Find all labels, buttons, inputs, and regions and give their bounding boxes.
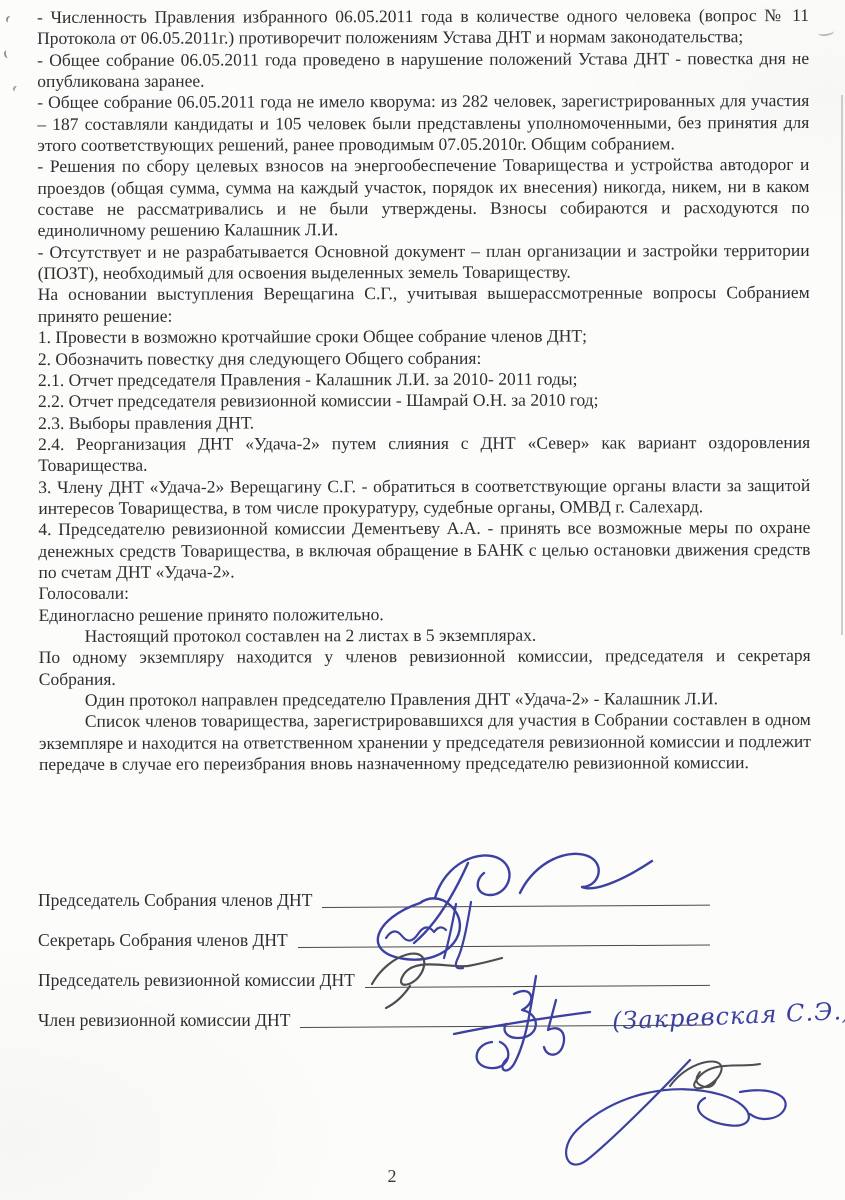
document-paragraph: По одному экземпляру находится у членов … — [39, 645, 811, 690]
extra-signature-ink — [540, 1048, 802, 1176]
document-list-item: 2.3. Выборы правления ДНТ. — [38, 411, 810, 434]
page-number: 2 — [372, 1166, 412, 1187]
signature-row-secretary: Секретарь Собрания членов ДНТ — [38, 930, 710, 951]
document-list-item: 2. Обозначить повестку дня следующего Об… — [38, 346, 810, 369]
scan-artifact — [5, 15, 14, 24]
scan-edge-shadow — [841, 95, 843, 635]
document-paragraph: Список членов товарищества, зарегистриро… — [39, 709, 811, 775]
document-list-item: 2.2. Отчет председателя ревизионной коми… — [38, 389, 810, 412]
document-list-item: 2.4. Реорганизация ДНТ «Удача-2» путем с… — [38, 432, 810, 477]
document-paragraph: - Общее собрание 06.05.2011 года не имел… — [37, 90, 809, 156]
document-list-item: 1. Провести в возможно кротчайшие сроки … — [38, 325, 810, 348]
signature-row-revision-member: Член ревизионной комиссии ДНТ — [38, 1010, 710, 1031]
signature-line — [322, 905, 710, 908]
handwritten-name: (Закревская С.Э.) — [612, 997, 845, 1035]
scanned-document-page: - Численность Правления избранного 06.05… — [0, 0, 845, 1200]
scan-artifact — [12, 85, 20, 93]
document-paragraph: - Общее собрание 06.05.2011 года проведе… — [37, 48, 809, 93]
signature-label: Председатель ревизионной комиссии ДНТ — [38, 970, 365, 991]
document-paragraph: Настоящий протокол составлен на 2 листах… — [39, 624, 811, 647]
document-paragraph: Единогласно решение принято положительно… — [39, 603, 811, 626]
signature-line — [298, 944, 710, 948]
signature-label: Член ревизионной комиссии ДНТ — [38, 1010, 300, 1031]
signature-label: Секретарь Собрания членов ДНТ — [38, 930, 298, 951]
document-paragraph: - Отсутствует и не разрабатывается Основ… — [38, 240, 810, 285]
document-list-item: 3. Члену ДНТ «Удача-2» Верещагину С.Г. -… — [38, 475, 810, 520]
document-paragraph: Голосовали: — [39, 581, 811, 604]
signature-label: Председатель Собрания членов ДНТ — [38, 890, 322, 911]
document-list-item: 4. Председателю ревизионной комиссии Дем… — [38, 517, 810, 583]
signature-line — [365, 985, 710, 988]
signature-row-revision-chairman: Председатель ревизионной комиссии ДНТ — [38, 970, 710, 991]
scan-artifact — [3, 49, 11, 58]
document-paragraph: - Численность Правления избранного 06.05… — [37, 5, 809, 50]
scan-artifact — [818, 27, 835, 37]
document-paragraph: На основании выступления Верещагина С.Г.… — [38, 282, 810, 327]
document-body: - Численность Правления избранного 06.05… — [37, 5, 811, 775]
signature-row-chairman: Председатель Собрания членов ДНТ — [38, 890, 710, 911]
document-paragraph: Один протокол направлен председателю Пра… — [39, 688, 811, 711]
document-paragraph: - Решения по сбору целевых взносов на эн… — [37, 154, 809, 241]
document-list-item: 2.1. Отчет председателя Правления - Кала… — [38, 368, 810, 391]
